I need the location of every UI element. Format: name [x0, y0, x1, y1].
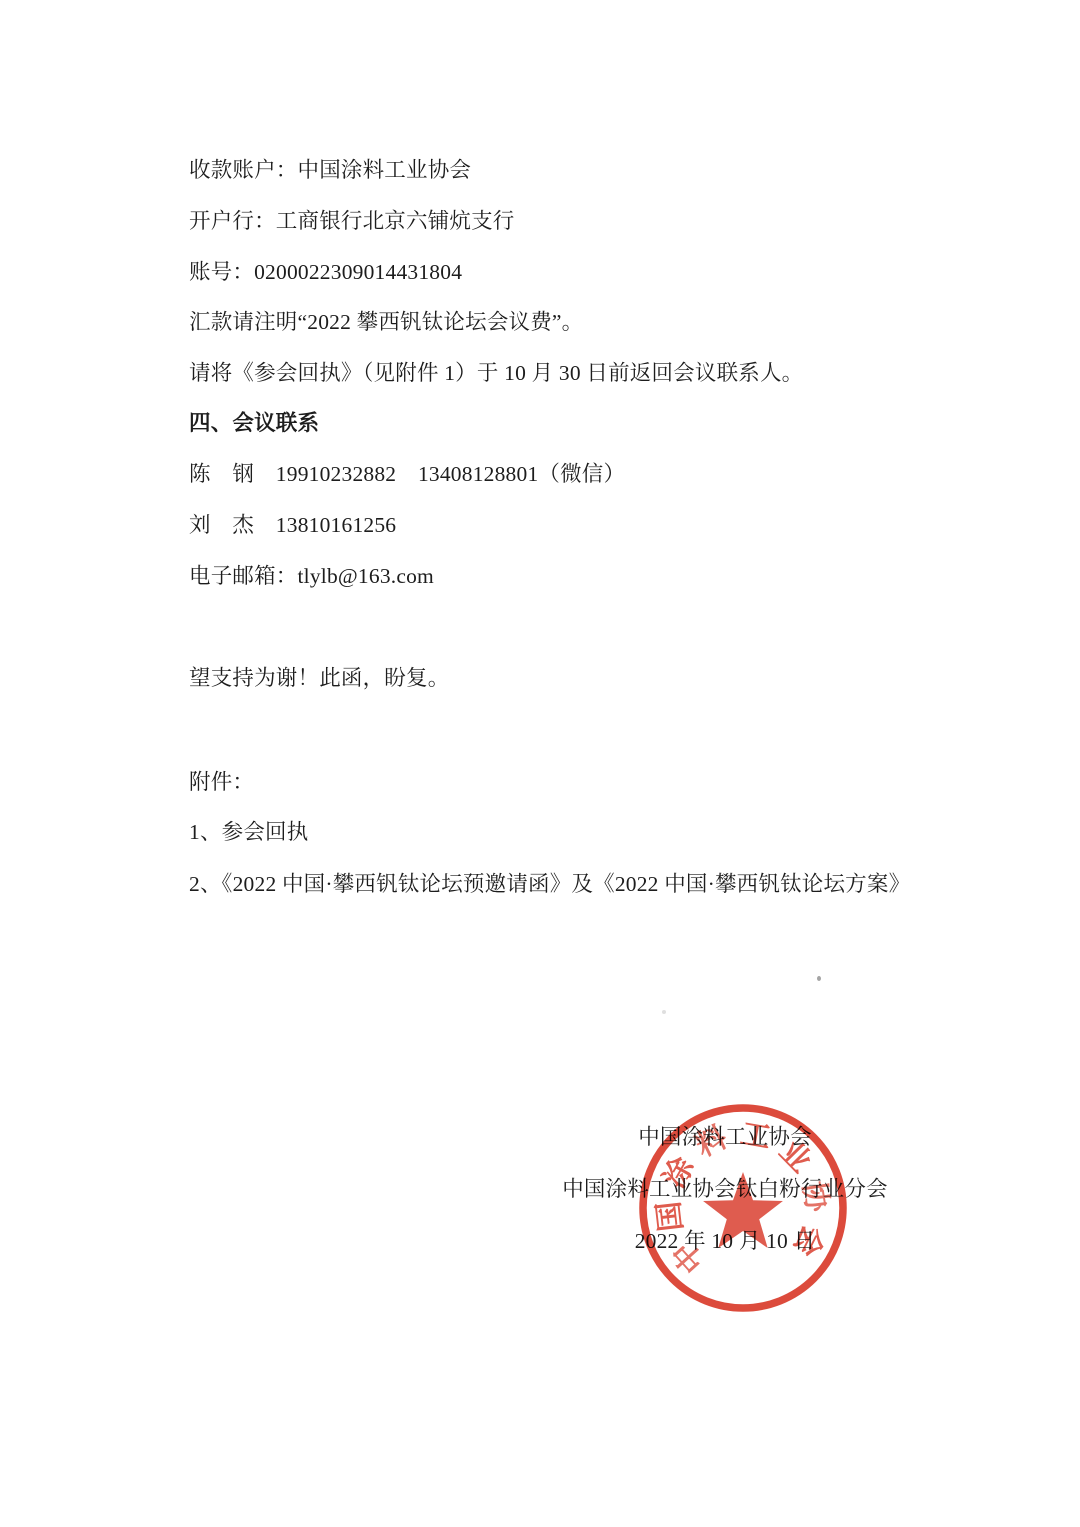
body-line-contact-liu-jie: 刘 杰 13810161256: [189, 512, 396, 538]
body-line-contact-chen-gang: 陈 钢 19910232882 13408128801（微信）: [189, 461, 625, 487]
signature-date: 2022 年 10 月 10 日: [520, 1228, 930, 1254]
body-line-reply-deadline: 请将《参会回执》（见附件 1）于 10 月 30 日前返回会议联系人。: [189, 360, 803, 386]
body-line-account-number: 账号：0200022309014431804: [189, 259, 462, 285]
body-line-email: 电子邮箱：tlylb@163.com: [189, 563, 434, 589]
body-line-remittance-note: 汇款请注明“2022 攀西钒钛论坛会议费”。: [189, 309, 583, 335]
body-line-bank: 开户行：工商银行北京六铺炕支行: [189, 208, 515, 234]
section-heading-contacts: 四、会议联系: [189, 410, 319, 436]
signature-org-2: 中国涂料工业协会钛白粉行业分会: [520, 1176, 930, 1202]
body-line-payee-account: 收款账户：中国涂料工业协会: [189, 157, 471, 183]
body-line-attachments-label: 附件：: [189, 769, 254, 795]
signature-org-1: 中国涂料工业协会: [520, 1124, 930, 1150]
scan-speck: [662, 1010, 666, 1014]
body-line-attachment-1: 1、参会回执: [189, 819, 308, 845]
scan-speck: [817, 976, 821, 981]
body-line-attachment-2: 2、《2022 中国·攀西钒钛论坛预邀请函》及《2022 中国·攀西钒钛论坛方案…: [189, 871, 910, 897]
body-line-closing: 望支持为谢！此函，盼复。: [189, 665, 449, 691]
document-page: 收款账户：中国涂料工业协会 开户行：工商银行北京六铺炕支行 账号：0200022…: [0, 0, 1080, 1527]
